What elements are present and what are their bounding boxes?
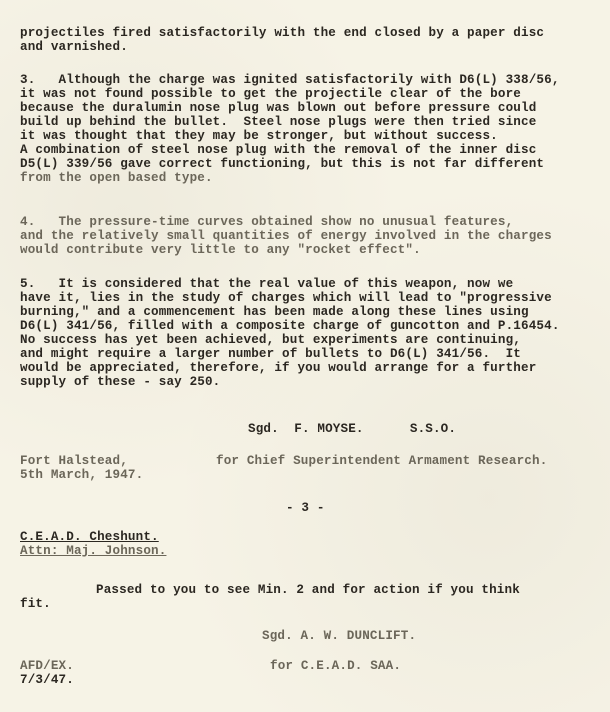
para4-line-2: and the relatively small quantities of e…	[20, 229, 552, 243]
minute-line-1: Passed to you to see Min. 2 and for acti…	[96, 583, 520, 597]
para5-line-6: and might require a larger number of bul…	[20, 347, 521, 361]
para5-line-8: supply of these - say 250.	[20, 375, 220, 389]
page-number: - 3 -	[286, 501, 325, 515]
para3-line-7: D5(L) 339/56 gave correct functioning, b…	[20, 157, 544, 171]
para2-line-2: and varnished.	[20, 40, 128, 54]
minute-line-2: fit.	[20, 597, 51, 611]
para4-line-1: 4. The pressure-time curves obtained sho…	[20, 215, 513, 229]
para3-line-4: build up behind the bullet. Steel nose p…	[20, 115, 536, 129]
para3-line-3: because the duralumin nose plug was blow…	[20, 101, 536, 115]
para5-line-1: 5. It is considered that the real value …	[20, 277, 513, 291]
date: 5th March, 1947.	[20, 468, 143, 482]
para3-line-2: it was not found possible to get the pro…	[20, 87, 521, 101]
para5-line-4: D6(L) 341/56, filled with a composite ch…	[20, 319, 560, 333]
place: Fort Halstead,	[20, 454, 128, 468]
para5-line-7: would be appreciated, therefore, if you …	[20, 361, 536, 375]
typewritten-document-page: projectiles fired satisfactorily with th…	[0, 0, 610, 712]
signature-moyse: Sgd. F. MOYSE. S.S.O.	[248, 422, 456, 436]
para5-line-2: have it, lies in the study of charges wh…	[20, 291, 552, 305]
reference: AFD/EX.	[20, 659, 74, 673]
para5-line-5: No success has yet been achieved, but ex…	[20, 333, 521, 347]
para2-line-1: projectiles fired satisfactorily with th…	[20, 26, 544, 40]
para3-line-6: A combination of steel nose plug with th…	[20, 143, 536, 157]
para3-line-8: from the open based type.	[20, 171, 213, 185]
para3-line-5: it was thought that they may be stronger…	[20, 129, 498, 143]
attention-line: Attn: Maj. Johnson.	[20, 544, 166, 558]
reference-date: 7/3/47.	[20, 673, 74, 687]
signature-dunclift-title: for C.E.A.D. SAA.	[270, 659, 401, 673]
para5-line-3: burning," and a commencement has been ma…	[20, 305, 529, 319]
addressee: C.E.A.D. Cheshunt.	[20, 530, 159, 544]
para4-line-3: would contribute very little to any "roc…	[20, 243, 421, 257]
signature-dunclift: Sgd. A. W. DUNCLIFT.	[262, 629, 416, 643]
para3-line-1: 3. Although the charge was ignited satis…	[20, 73, 560, 87]
signature-moyse-title: for Chief Superintendent Armament Resear…	[216, 454, 547, 468]
